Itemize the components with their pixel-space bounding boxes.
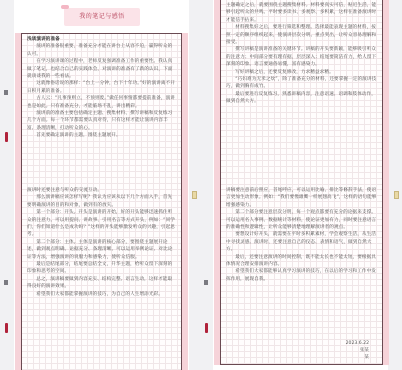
paragraph: 最后，还要注意演讲的时间控制，既不能太长也不能太短，要根据具体情况合理安排演讲内… — [226, 254, 377, 269]
paragraph: 古人云：“凡事预则立，不预则废。”做任何事情都要提前准备，演讲也是如此。只有准备… — [27, 95, 176, 110]
left-gutter — [0, 185, 14, 370]
notebook-page: 主题确定之后，就要围绕主题搜集材料。材料要真实可信，贴近生活，能够引起听众的共鸣… — [220, 0, 383, 185]
bookmark-icon[interactable] — [205, 323, 208, 333]
sidebar-marker[interactable] — [204, 280, 208, 285]
paragraph: 首先要确定演讲的主题，围绕主题展开。 — [27, 132, 176, 139]
paragraph: 演讲前的准备主要包括确定主题、搜集材料、撰写讲稿和反复练习几个方面。每一个环节都… — [27, 110, 176, 132]
paragraph: 写好讲稿之后，还要反复修改，力求精益求精。 — [226, 69, 377, 76]
paragraph: 演讲的准备很重要，准备充分才能在讲台上从容不迫，赢得听众的认可。 — [27, 43, 176, 58]
paragraph: 主题确定之后，就要围绕主题搜集材料。材料要真实可信，贴近生活，能够引起听众的共鸣… — [226, 2, 377, 24]
page-text: 浅谈演讲的准备 演讲的准备很重要，准备充分才能在讲台上从容不迫，赢得听众的认可。… — [27, 36, 176, 140]
right-gutter — [388, 185, 402, 370]
paragraph: 第一个部分：开头。开头是演讲的开始，好的开头能够迅速抓住听众的注意力。可以用提问… — [27, 209, 176, 239]
paragraph: 撰写讲稿是演讲准备的关键环节。讲稿的开头要新颖，能够吸引听众的注意力；中间部分要… — [226, 46, 377, 68]
quote-paragraph: “巧妇难为无米之炊”，除了准备充分的材料，还要掌握一定的演讲技巧，做到胸有成竹。 — [226, 76, 377, 91]
page-panel-bottom-right: 讲稿要注意前后照应，首尾呼应，可以运用比喻、排比等修辞手法，使语言更加生动形象。… — [201, 185, 402, 370]
section-heading: 浅谈演讲的准备 — [27, 36, 176, 43]
paragraph: 希望我们大家都能掌握演讲的技巧，为自己的人生增添光彩。 — [27, 291, 176, 298]
paragraph: 这就像俗话说的那样：“台上一分钟，台下十年功。”好的演讲离不开日积月累的准备。 — [27, 80, 176, 95]
page-title: 我的笔记与感悟 — [64, 8, 140, 26]
sidebar-marker[interactable] — [4, 90, 8, 95]
page-text: 演讲时还要注意与听众的交流互动。 那么演讲稿应该怎样写呢？我认为应该从以下几个方… — [27, 187, 176, 298]
paragraph: 演讲时还要注意与听众的交流互动。 — [27, 187, 176, 194]
paragraph: 讲稿要注意前后照应，首尾呼应，可以运用比喻、排比等修辞手法，使语言更加生动形象。… — [226, 187, 377, 209]
paragraph: 第二个部分：主体。主体是演讲的核心部分，要围绕主题展开论述，做到观点明确、论据充… — [27, 239, 176, 261]
paragraph: 总之，演讲稿要做到内容充实、结构完整、语言生动，这样才能取得良好的演讲效果。 — [27, 276, 176, 291]
page-text: 讲稿要注意前后照应，首尾呼应，可以运用比喻、排比等修辞手法，使语言更加生动形象。… — [226, 187, 377, 283]
notebook-page: 演讲时还要注意与听众的交流互动。 那么演讲稿应该怎样写呢？我认为应该从以下几个方… — [21, 185, 182, 370]
bookmark-icon[interactable] — [5, 132, 8, 142]
signature-block: 2023.6.22 张某 某 — [346, 340, 369, 361]
page-text: 主题确定之后，就要围绕主题搜集材料。材料要真实可信，贴近生活，能够引起听众的共鸣… — [226, 2, 377, 106]
paragraph: 最后要进行反复练习，熟悉讲稿内容，注意语速、语调和肢体动作，做到自然大方。 — [226, 91, 377, 106]
page-panel-top-right: 主题确定之后，就要围绕主题搜集材料。材料要真实可信，贴近生活，能够引起听众的共鸣… — [201, 0, 402, 185]
paragraph: 材料搜集好之后，要进行筛选和整理。选择最能表现主题的材料，按照一定的顺序组织起来… — [226, 24, 377, 46]
notebook-page: 讲稿要注意前后照应，首尾呼应，可以运用比喻、排比等修辞手法，使语言更加生动形象。… — [220, 185, 383, 365]
paragraph: 希望我们大家都能够认真学习演讲的技巧，在以后的学习和工作中发挥作用，展现自我。 — [226, 268, 377, 283]
right-gutter — [189, 0, 201, 185]
note-icon[interactable] — [394, 191, 399, 199]
left-gutter — [201, 0, 213, 185]
notebook-page: 浅谈演讲的准备 演讲的准备很重要，准备充分才能在讲台上从容不迫，赢得听众的认可。… — [21, 33, 182, 185]
author-name-2: 某 — [346, 354, 369, 361]
left-gutter — [201, 185, 213, 370]
paragraph: 在学习演讲课的过程中，老师反复强调准备工作的重要性。我认真做了笔记，也结合自己的… — [27, 58, 176, 80]
sidebar-marker[interactable] — [4, 280, 8, 285]
paragraph: 要想设计好开头，就需要在平时多积累素材，学会观察生活，从生活中寻找灵感。演讲时，… — [226, 231, 377, 253]
bookmark-icon[interactable] — [5, 323, 8, 333]
author-name: 张某 — [346, 347, 369, 354]
note-icon[interactable] — [192, 191, 197, 199]
paragraph: 那么演讲稿应该怎样写呢？我认为应该从以下几个方面入手，首先要明确演讲的目的和对象… — [27, 194, 176, 209]
page-panel-bottom-left: 演讲时还要注意与听众的交流互动。 那么演讲稿应该怎样写呢？我认为应该从以下几个方… — [0, 185, 201, 370]
right-gutter — [189, 185, 201, 370]
date-text: 2023.6.22 — [346, 340, 369, 347]
paragraph: 最后是结尾部分，结尾要总结全文，升华主题，给听众留下深刻的印象和思考的空间。 — [27, 261, 176, 276]
paragraph: 第二个部分要注意层次分明，每一个观点都要有充分的论据来支撑。可以运用名人事例、数… — [226, 209, 377, 231]
page-panel-top-left: 我的笔记与感悟 浅谈演讲的准备 演讲的准备很重要，准备充分才能在讲台上从容不迫，… — [0, 0, 201, 185]
